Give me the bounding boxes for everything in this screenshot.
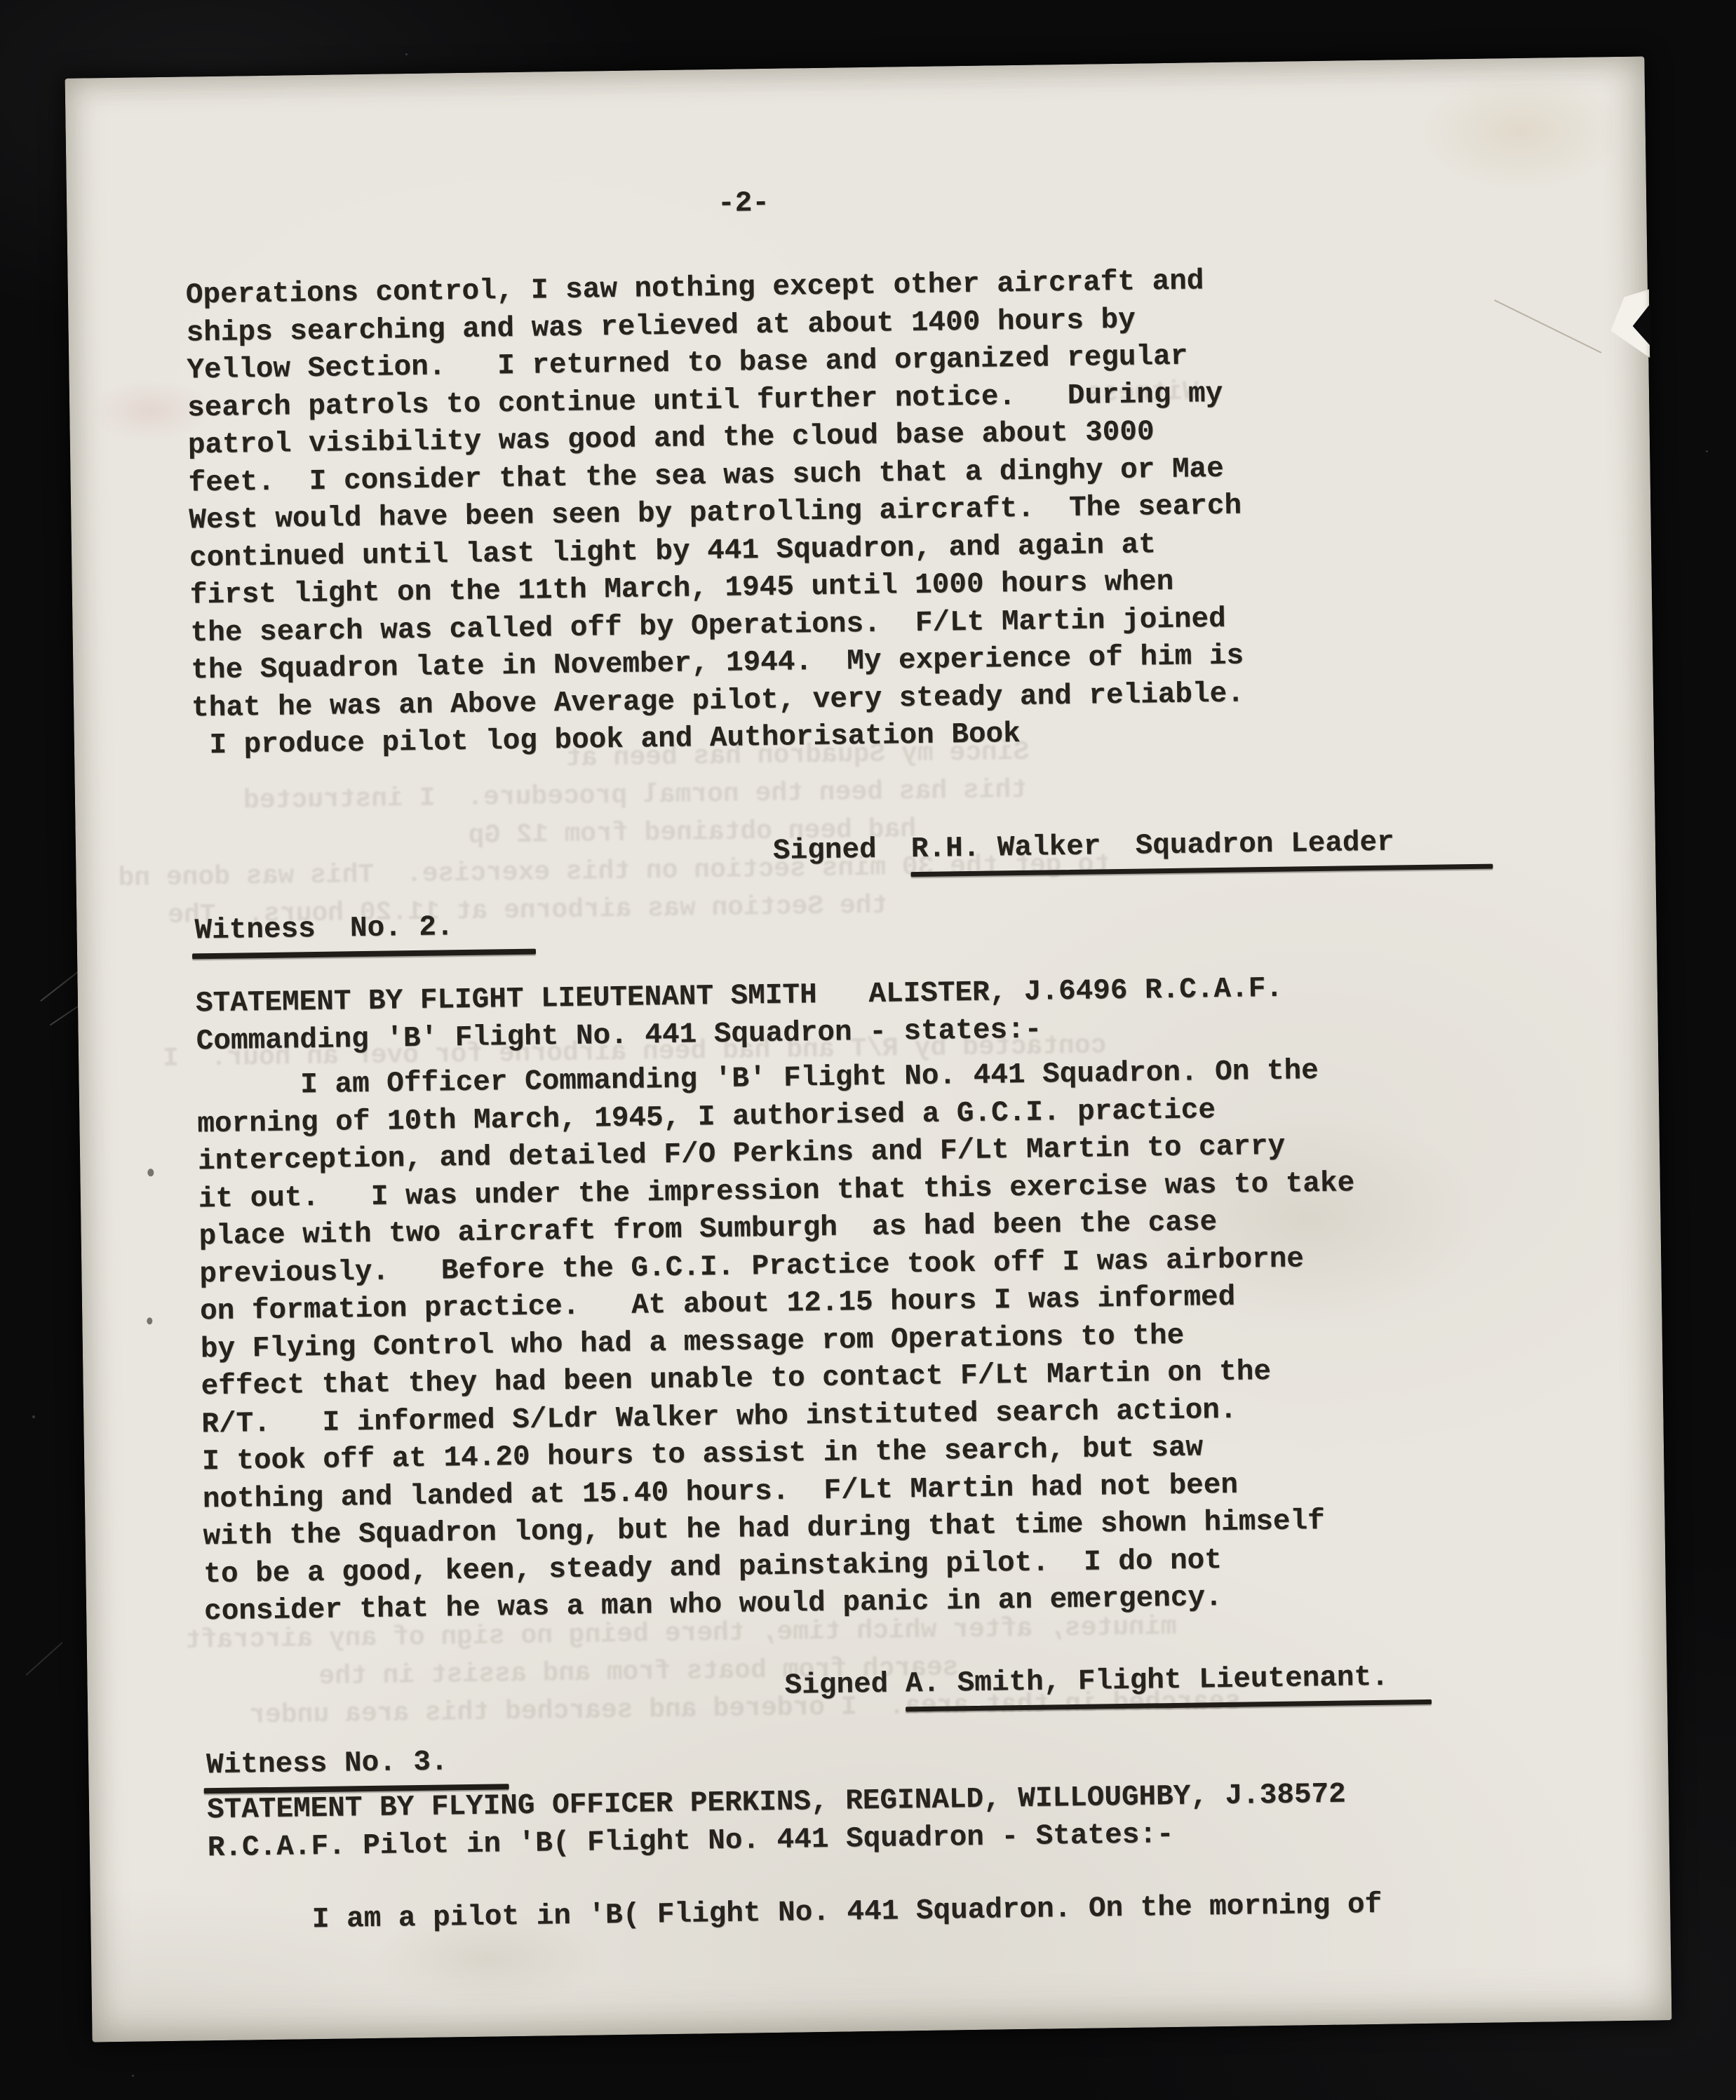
- scanned-document-photo: WitnessSince my Squadron has been atthis…: [0, 0, 1736, 2100]
- paper-sheet: WitnessSince my Squadron has been atthis…: [65, 56, 1672, 2042]
- ink-speck: [147, 1169, 154, 1176]
- signature-line-smith: Signed A. Smith, Flight Lieutenant.: [784, 1660, 1389, 1706]
- witness-2-heading-underline: [192, 949, 536, 960]
- paragraph-3-first-line: I am a pilot in 'B( Flight No. 441 Squad…: [208, 1887, 1382, 1941]
- dust-speck: [1706, 450, 1708, 452]
- signature-line-walker: Signed R.H. Walker Squadron Leader: [773, 825, 1394, 871]
- page-number: -2-: [718, 185, 770, 224]
- dust-speck: [32, 1415, 35, 1418]
- witness-2-heading: Witness No. 2.: [194, 909, 454, 950]
- scratch-mark: [25, 1642, 62, 1676]
- dust-speck: [405, 53, 408, 55]
- typed-content: -2- Operations control, I saw nothing ex…: [65, 56, 1672, 2042]
- dust-speck: [132, 2075, 134, 2077]
- ink-speck: [147, 1317, 152, 1324]
- witness-3-heading: Witness No. 3.: [206, 1744, 448, 1784]
- paragraph-1: Operations control, I saw nothing except…: [186, 263, 1245, 765]
- paragraph-2: I am Officer Commanding 'B' Flight No. 4…: [196, 1052, 1361, 1631]
